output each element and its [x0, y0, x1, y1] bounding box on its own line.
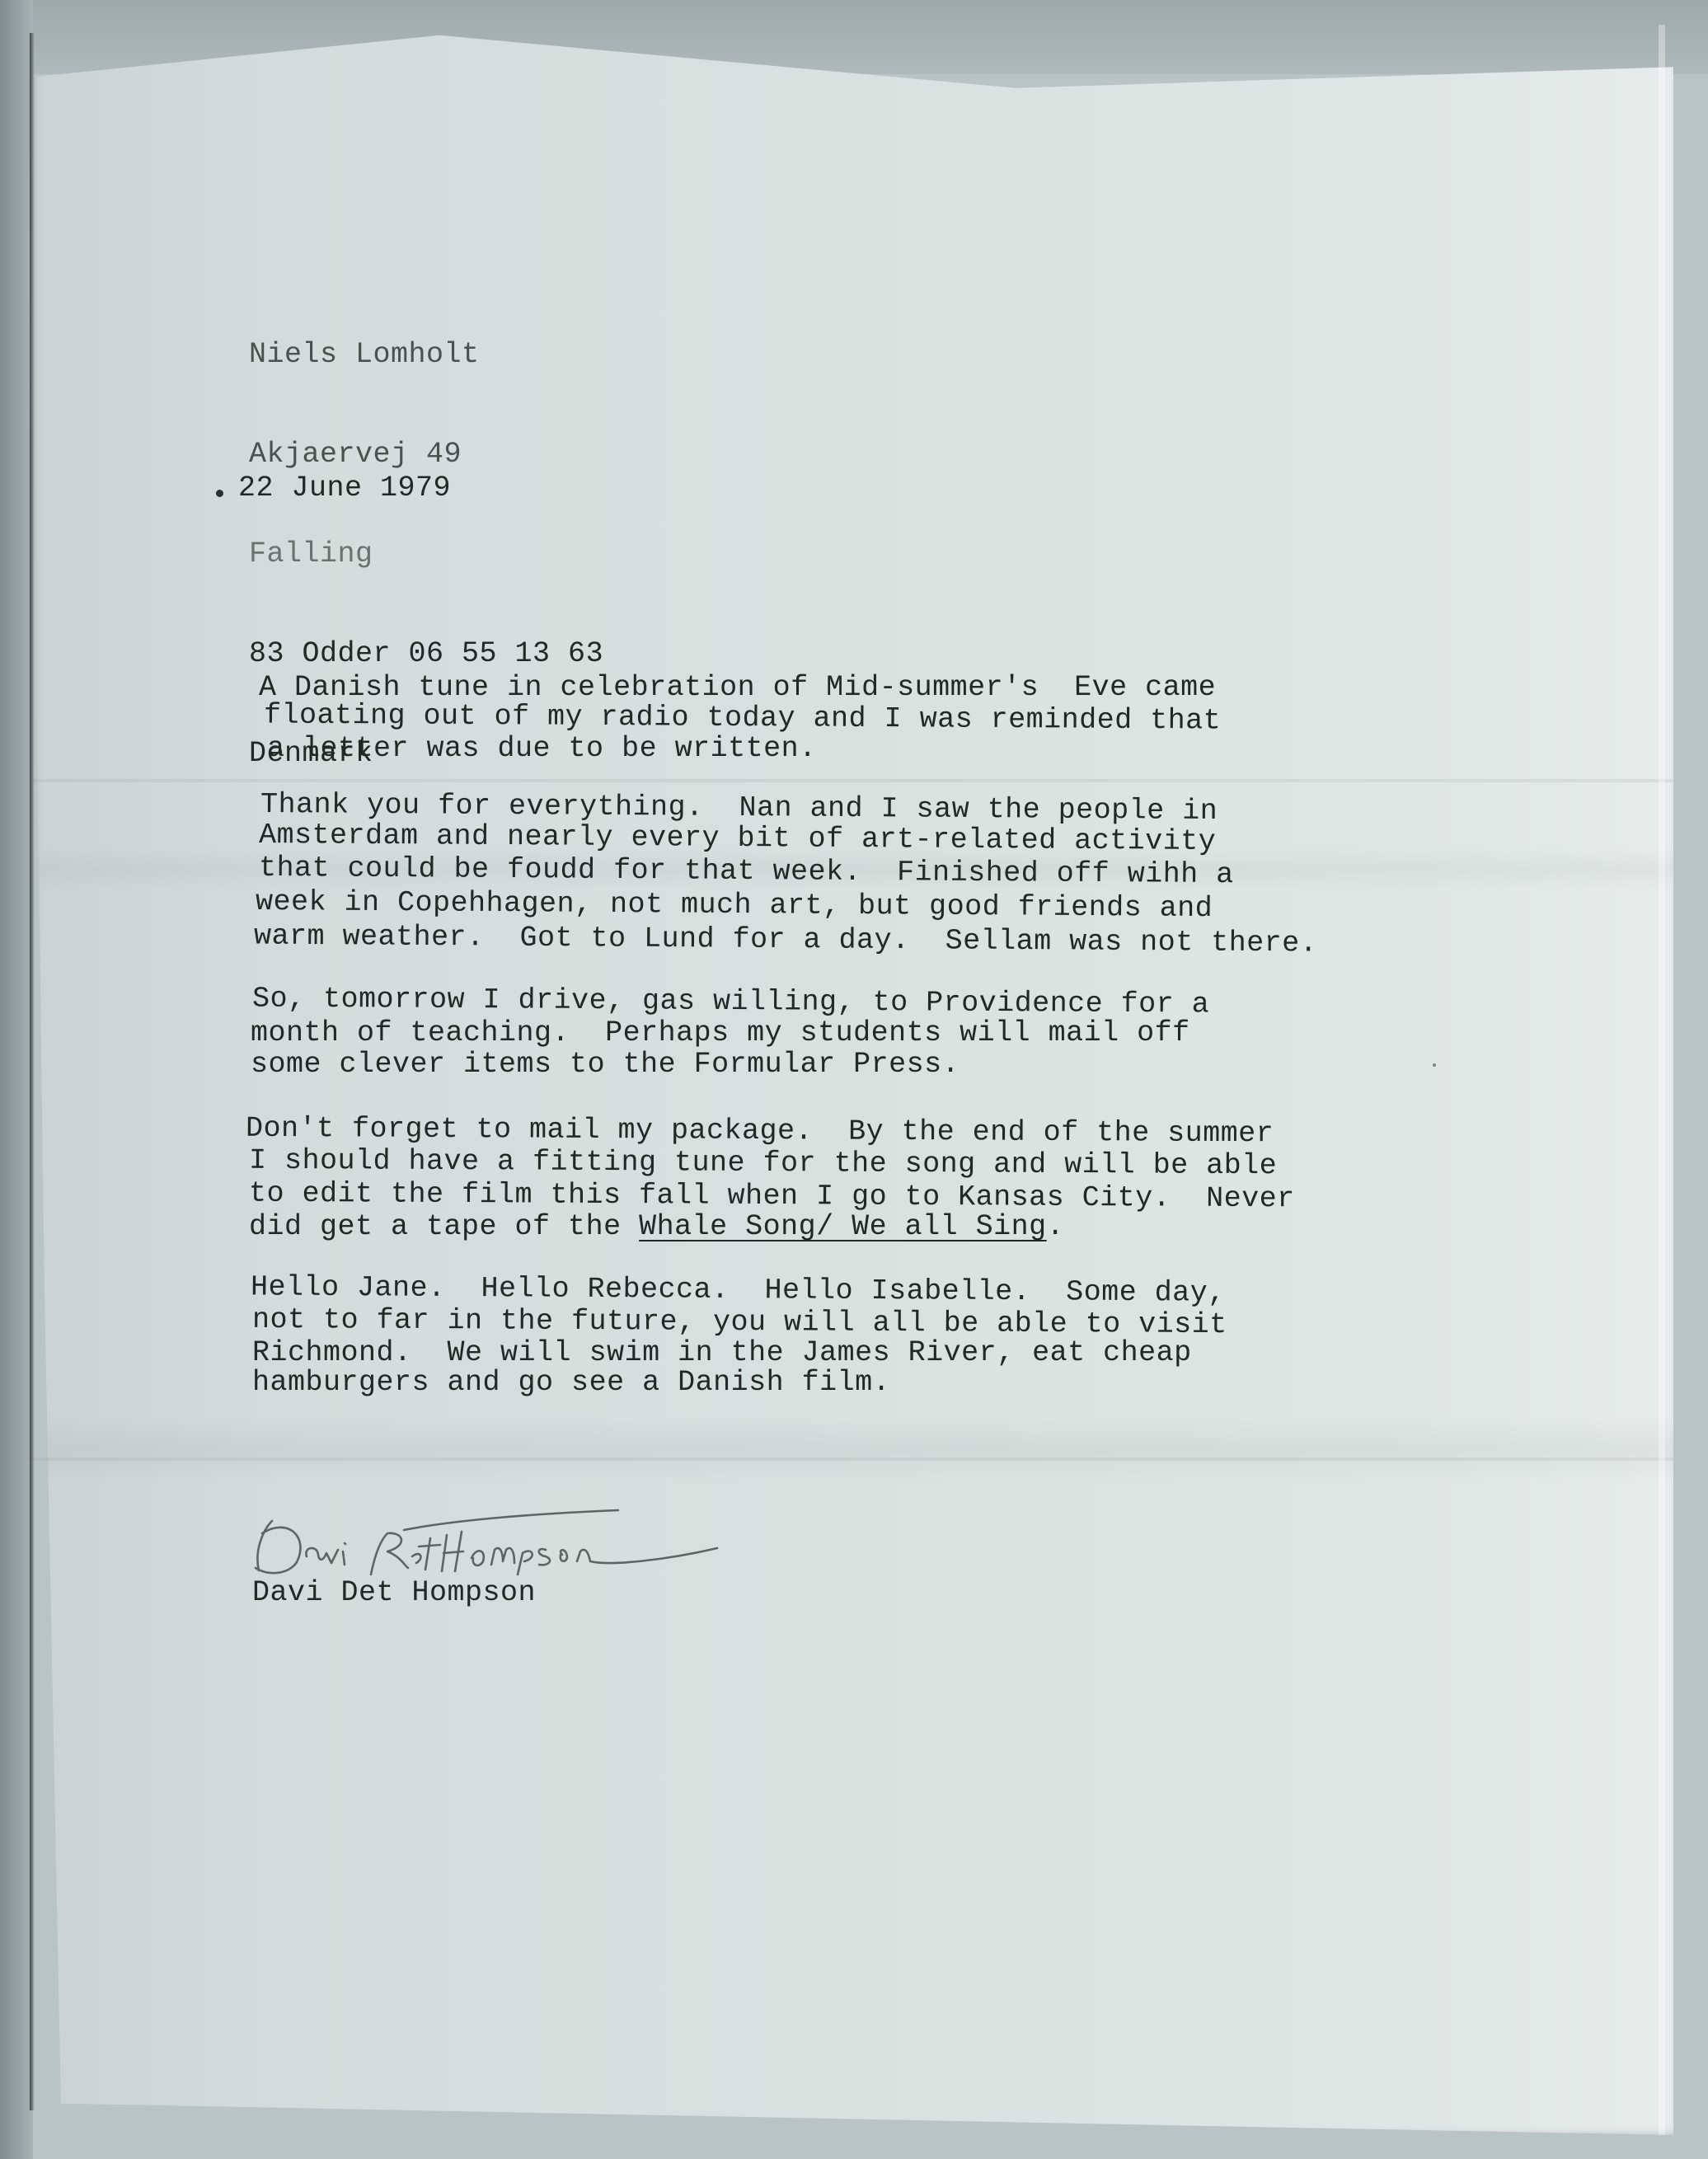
address-line-postal-phone: 83 Odder 06 55 13 63	[249, 637, 603, 671]
paragraph-line: I should have a fitting tune for the son…	[249, 1144, 1277, 1183]
handwritten-signature	[239, 1492, 767, 1583]
address-line-name: Niels Lomholt	[249, 338, 603, 372]
paragraph-line: week in Copehhagen, not much art, but go…	[256, 885, 1213, 925]
stray-mark	[1433, 1063, 1436, 1067]
ink-dot-mark	[216, 490, 223, 497]
paragraph-line: a letter was due to be written.	[267, 732, 817, 765]
address-line-town: Falling	[249, 537, 603, 571]
paragraph-line: month of teaching. Perhaps my students w…	[251, 1016, 1190, 1049]
paper-right-edge-highlight	[1659, 25, 1665, 2135]
address-line-street: Akjaervej 49	[249, 438, 603, 472]
paper-left-edge-shadow	[30, 33, 35, 2110]
typed-signer-name: Davi Det Hompson	[252, 1576, 536, 1609]
paragraph-line: did get a tape of the	[249, 1210, 639, 1243]
paper-fold-lower	[28, 1457, 1673, 1461]
underlined-work-title: Whale Song/ We all Sing	[639, 1210, 1047, 1243]
letter-date: 22 June 1979	[216, 472, 451, 505]
paragraph-line: Richmond. We will swim in the James Rive…	[252, 1336, 1192, 1369]
date-text: 22 June 1979	[238, 472, 451, 505]
paragraph-line: So, tomorrow I drive, gas willing, to Pr…	[252, 982, 1209, 1021]
paragraph-line: some clever items to the Formular Press.	[251, 1048, 960, 1081]
title-trailing-period: .	[1047, 1210, 1065, 1243]
paragraph-line: hamburgers and go see a Danish film.	[252, 1366, 890, 1399]
paragraph-line-with-title: did get a tape of the Whale Song/ We all…	[249, 1210, 1064, 1243]
backdrop-left	[0, 0, 33, 2159]
paragraph-line: that could be foudd for that week. Finis…	[259, 852, 1234, 891]
